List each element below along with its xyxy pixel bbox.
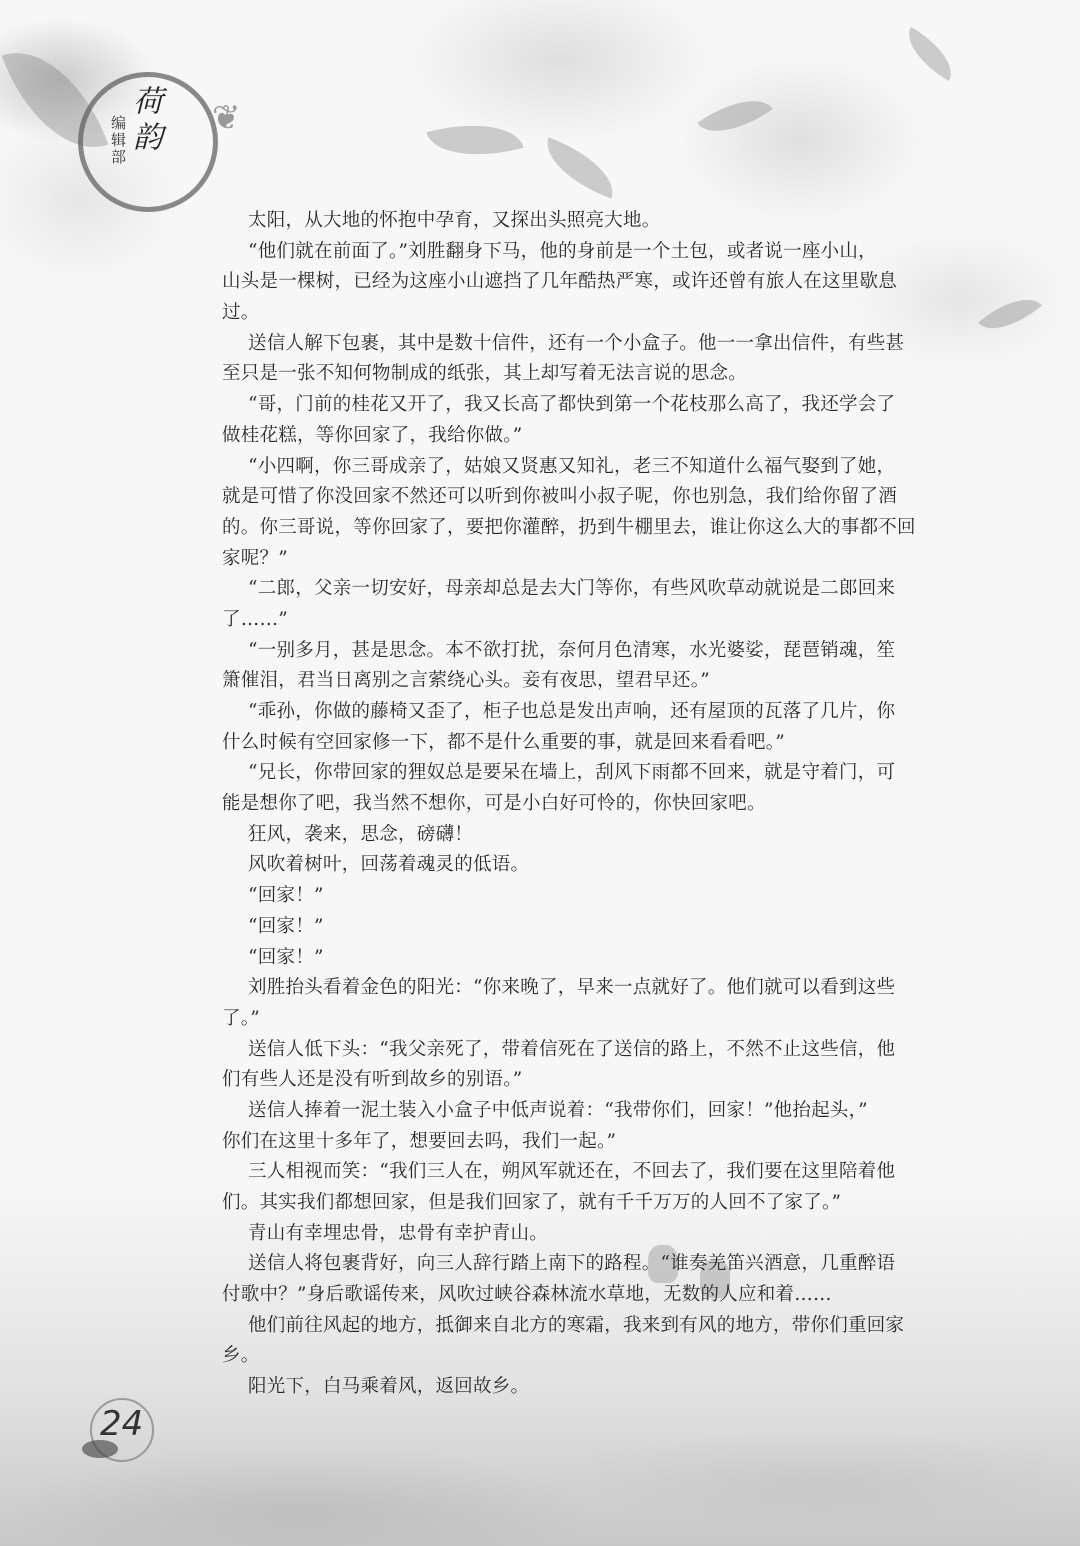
article-line: 们有些人还是没有听到故乡的别语。” [222, 1065, 952, 1096]
article-line: “回家！” [222, 912, 952, 943]
article-line: 能是想你了吧，我当然不想你，可是小白好可怜的，你快回家吧。 [222, 789, 952, 820]
article-body: 太阳，从大地的怀抱中孕育，又探出头照亮大地。“他们就在前面了。”刘胜翻身下马，他… [222, 206, 952, 1403]
article-line: 什么时候有空回家修一下，都不是什么重要的事，就是回来看看吧。” [222, 728, 952, 759]
article-line: 家呢？” [222, 544, 952, 575]
article-line: 送信人捧着一泥土装入小盒子中低声说着：“我带你们，回家！”他抬起头，” [222, 1096, 952, 1127]
article-line: 至只是一张不知何物制成的纸张，其上却写着无法言说的思念。 [222, 359, 952, 390]
article-line: “兄长，你带回家的狸奴总是要呆在墙上，刮风下雨都不回来，就是守着门，可 [222, 758, 952, 789]
article-line: “回家！” [222, 881, 952, 912]
article-line: 过。 [222, 298, 952, 329]
article-line: 风吹着树叶，回荡着魂灵的低语。 [222, 850, 952, 881]
article-line: “小四啊，你三哥成亲了，姑娘又贤惠又知礼，老三不知道什么福气娶到了她， [222, 452, 952, 483]
article-line: 阳光下，白马乘着风，返回故乡。 [222, 1372, 952, 1403]
article-line: 他们前往风起的地方，抵御来自北方的寒霜，我来到有风的地方，带你们重回家 [222, 1311, 952, 1342]
article-line: “哥，门前的桂花又开了，我又长高了都快到第一个花枝那么高了，我还学会了 [222, 390, 952, 421]
article-line: 山头是一棵树，已经为这座小山遮挡了几年酷热严寒，或许还曾有旅人在这里歇息 [222, 267, 952, 298]
article-line: “回家！” [222, 943, 952, 974]
article-line: 刘胜抬头看着金色的阳光：“你来晚了，早来一点就好了。他们就可以看到这些 [222, 973, 952, 1004]
article-line: 送信人将包裹背好，向三人辞行踏上南下的路程。“谁奏羌笛兴酒意，几重醉语 [222, 1249, 952, 1280]
article-line: 了……” [222, 605, 952, 636]
article-line: “二郎，父亲一切安好，母亲却总是去大门等你，有些风吹草动就说是二郎回来 [222, 574, 952, 605]
article-line: 了。” [222, 1004, 952, 1035]
article-line: 青山有幸埋忠骨，忠骨有幸护青山。 [222, 1219, 952, 1250]
logo-subtitle: 编辑部 [108, 115, 129, 166]
butterfly-icon: ❦ [212, 100, 248, 136]
article-line: 狂风，袭来，思念，磅礴！ [222, 820, 952, 851]
article-line: 送信人解下包裹，其中是数十信件，还有一个小盒子。他一一拿出信件，有些甚 [222, 329, 952, 360]
article-line: 太阳，从大地的怀抱中孕育，又探出头照亮大地。 [222, 206, 952, 237]
article-line: 箫催泪，君当日离别之言萦绕心头。妾有夜思，望君早还。” [222, 666, 952, 697]
page-number: 24 [100, 1404, 143, 1444]
article-line: 乡。 [222, 1341, 952, 1372]
article-line: 们。其实我们都想回家，但是我们回家了，就有千千万万的人回不了家了。” [222, 1188, 952, 1219]
article-line: 送信人低下头：“我父亲死了，带着信死在了送信的路上，不然不止这些信，他 [222, 1035, 952, 1066]
article-line: 付歌中？”身后歌谣传来，风吹过峡谷森林流水草地，无数的人应和着…… [222, 1280, 952, 1311]
article-line: 做桂花糕，等你回家了，我给你做。” [222, 421, 952, 452]
article-line: 你们在这里十多年了，想要回去吗，我们一起。” [222, 1127, 952, 1158]
article-line: 三人相视而笑：“我们三人在，朔风军就还在，不回去了，我们要在这里陪着他 [222, 1157, 952, 1188]
article-line: 的。你三哥说，等你回家了，要把你灌醉，扔到牛棚里去，谁让你这么大的事都不回 [222, 513, 952, 544]
article-line: “乖孙，你做的藤椅又歪了，柜子也总是发出声响，还有屋顶的瓦落了几片，你 [222, 697, 952, 728]
article-line: “他们就在前面了。”刘胜翻身下马，他的身前是一个土包，或者说一座小山， [222, 237, 952, 268]
article-line: 就是可惜了你没回家不然还可以听到你被叫小叔子呢，你也别急，我们给你留了酒 [222, 482, 952, 513]
article-line: “一别多月，甚是思念。本不欲打扰，奈何月色清寒，水光婆娑，琵琶销魂，笙 [222, 636, 952, 667]
